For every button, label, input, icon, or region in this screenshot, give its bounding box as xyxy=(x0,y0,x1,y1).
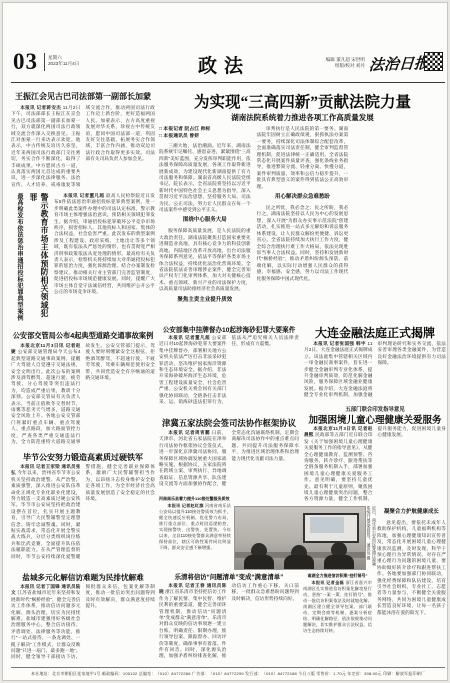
jinji-story-byline: 本报讯 记者周宵鹏 xyxy=(168,430,212,435)
wang-story-byline: 本报讯 记者蒋安杰 xyxy=(20,105,63,110)
bijie-story-text: 今年以来，贵州省毕节市公安机关坚持政治建警、从严治警、素质强警，深入推进公安队伍… xyxy=(11,464,155,559)
page-number: 03 xyxy=(13,49,38,75)
wang-story-text: 11月2日下午，司法部部长王振江在京会见古巴司法部第一副部长加蒙一行，双方就深化… xyxy=(11,105,155,187)
bijie-story-headline: 毕节公安努力锻造高素质过硬铁军 xyxy=(11,452,155,463)
main-story-para-3: 审判执行是人民法院的第一要务。湖南法院牢固树立正确政绩观，狠抓执法办案第一要务，… xyxy=(257,126,349,190)
nanhu-story-byline: 本报讯 记者金磊 xyxy=(311,580,345,585)
nanhu-story-text: 浙江省嘉兴市南湖区扎实推进信访积案化解攻坚行动，坚持“一案一策、挂钉销号”，推动… xyxy=(303,580,372,633)
main-story-subhead-2: 聚焦主责主业提升质效 xyxy=(159,297,251,304)
header-divider xyxy=(44,53,45,71)
date: 2023年11月4日 xyxy=(48,61,108,67)
credit-line-2: 组版/校对 刘丹 xyxy=(303,63,365,69)
haisha-story-byline: 本报讯 记者董凡超 xyxy=(168,335,212,340)
photo-person-silhouette xyxy=(284,555,314,569)
main-story-subtitle: 湖南法院系统着力推进各项工作高质量发展 xyxy=(159,112,446,123)
nanle-story-byline: 本报讯 记者赵红旗 xyxy=(167,503,205,508)
haisha-story-headline: 公安部集中挂牌督办10起涉海砂犯罪大要案件 xyxy=(159,324,299,334)
bijie-story-body: 本报讯 记者王家梁 通讯员张弘 今年以来，贵州省毕节市公安机关坚持政治建警、从严… xyxy=(11,464,155,563)
main-story-para-1: 三湘大地，法治潮涌。近年来，湖南法院系统牢记嘱托、感恩奋进，紧紧围绕“三高四新”… xyxy=(159,143,251,213)
news-photo xyxy=(234,506,366,570)
main-story-headline: 为实现“三高四新”贡献法院力量 xyxy=(159,90,446,112)
newspaper-page: { "header": { "page_number": "03", "week… xyxy=(0,0,450,683)
date-block: 星期六 2023年11月4日 xyxy=(48,55,108,67)
kunjing-story-headline: 加强困境儿童心理健康关爱服务 xyxy=(304,412,446,426)
photo-caption: 近日，南乐县公安局民警通过视频系统开展巡查督导。 通讯员 摄 xyxy=(366,506,377,568)
dalian-story-body: 本报讯 记者张国强 韩宇 11月2日，大连金融法庭正式揭牌成立。该法庭集中管辖相… xyxy=(304,341,446,403)
qr-code-icon xyxy=(424,52,443,71)
dalian-story-byline: 本报讯 记者张国强 韩宇 xyxy=(313,341,367,346)
kunjing-story-body-top: 本报北京11月3日讯 记者赵晨熙 民政部等五部门近日联合印发《关于加强困境儿童心… xyxy=(304,426,446,503)
jingshi-story-byline: 本报讯 记者董凡超 xyxy=(63,193,106,198)
section-title: 政法 xyxy=(198,51,250,78)
jingshi-story: 最高检发布依法惩治串通招投标犯罪典型案例 警示教育市场主体预防相关领域犯罪 本报… xyxy=(11,193,155,325)
main-story-body: □ 本报记者 阮占江 帅标 □ 本报通讯员 曾妍 三湘大地，法治潮涌。近年来，湖… xyxy=(159,126,446,319)
yancheng-story-headline: 盐城多元化解信访难题为民排忧解难 xyxy=(11,572,155,583)
nanle-story-body: 本报讯 记者赵红旗 河南省南乐县公安局以提升110接处警质效为抓手，健全快速反应… xyxy=(159,503,231,568)
photo-screen-content xyxy=(310,517,344,533)
main-story-subhead-1: 围绕中心服务大局 xyxy=(159,217,251,224)
footer-imprint: 本社地址：北京市朝阳区花家地甲1号 邮政编码：100102 总编室：（010）8… xyxy=(11,671,445,677)
jingshi-story-headline: 警示教育市场主体预防相关领域犯罪 xyxy=(24,193,50,325)
footer-rule xyxy=(11,667,445,668)
yueqing-story-headline: 乐清将信访“问题清单”变成“满意清单” xyxy=(159,572,299,581)
jingshi-story-text: 最高人民检察院近日发布5件依法惩治串通招投标犯罪典型案例，进一步明确此类案件办理… xyxy=(54,193,155,294)
wang-story-body: 本报讯 记者蒋安杰 11月2日下午，司法部部长王振江在京会见古巴司法部第一副部长… xyxy=(11,105,155,193)
page-header: 03 星期六 2023年11月4日 政法 编辑 董凡超 宋世明 组版/校对 刘丹… xyxy=(13,49,443,79)
jiaoguan-story-headline: 公安部交管局公布4起典型道路交通事故案例 xyxy=(11,331,155,341)
main-story-byline-2: □ 本报通讯员 曾妍 xyxy=(159,133,251,140)
main-story-para-2: 服务保障高质量发展，是人民法院的重大政治责任。湖南法院聚焦打造国家重要先进制造业… xyxy=(159,228,251,292)
main-story-byline-1: □ 本报记者 阮占江 帅标 xyxy=(159,126,251,133)
kunjing-story-subhead: 凝聚合力护航健康成长 xyxy=(377,509,446,516)
dalian-story-headline: 大连金融法庭正式揭牌 xyxy=(304,324,446,341)
jinji-story-body: 本报讯 记者周宵鹏 日前，天津市、河北省五家法院在津举行司法协作框架协议会签仪式… xyxy=(159,430,299,492)
haisha-story-body: 本报讯 记者董凡超 公安部近日对10起涉海砂犯罪大要案件集中挂牌督办，部署相关地… xyxy=(159,335,299,413)
kunjing-story-text-a: 民政部等五部门近日联合印发《关于加强困境儿童心理健康关爱服务工作的指导意见》，从… xyxy=(304,426,446,501)
page-surface: 03 星期六 2023年11月4日 政法 编辑 董凡超 宋世明 组版/校对 刘丹… xyxy=(2,2,448,681)
editor-credits: 编辑 董凡超 宋世明 组版/校对 刘丹 xyxy=(303,57,365,69)
header-rule xyxy=(11,82,445,83)
haisha-story-text: 公安部近日对10起涉海砂犯罪大要案件集中挂牌督办，部署相关地方公安机关依法严厉打… xyxy=(159,335,299,404)
photo-person-silhouette xyxy=(324,555,354,569)
wang-story-headline: 王振江会见古巴司法部第一副部长加蒙 xyxy=(11,91,155,102)
kunjing-story-text-b: 意见提出，要依托未成年人救助保护机构、儿童福利机构等阵地，加强心理健康知识宣传普… xyxy=(377,520,446,616)
nanhu-story-headline: 南湖全力推进信访积案“挂钉销号” xyxy=(303,573,372,579)
dalian-story-text: 11月2日，大连金融法庭正式揭牌成立。该法庭集中管辖相关区域内一审金融民商事案件… xyxy=(304,341,446,397)
jiaoguan-story-body: 本报北京11月3日讯 记者赵婕 公安部交通管理局今天公布4起典型道路交通事故案例… xyxy=(11,343,155,447)
yueqing-story-text: 浙江省乐清市坚持把信访工作作为了解民情、集中民智、维护民利的重要渠道，健全完善闭… xyxy=(159,583,299,658)
main-story-para-4: 民之所忧，我必念之；民之所盼，我必行之。湖南法院坚持以人民为中心的发展思想，深入… xyxy=(257,205,349,282)
masthead-logo: 法治日报 xyxy=(368,52,429,75)
yancheng-story-body: 本报讯 记者丁国锋 通讯员陆文 江苏省盐城市近年来坚持和发展新时代“枫桥经验”，… xyxy=(11,584,155,663)
yueqing-story-body: 本报讯 记者王春 通讯员陈晓 浙江省乐清市坚持把信访工作作为了解民情、集中民智、… xyxy=(159,583,299,663)
kunjing-story-body-bottom: 凝聚合力护航健康成长 意见提出，要依托未成年人救助保护机构、儿童福利机构等阵地，… xyxy=(377,505,446,663)
main-story-subhead-3: 用心解决群众急难愁盼 xyxy=(257,194,349,201)
jingshi-story-kicker: 最高检发布依法惩治串通招投标犯罪典型案例 xyxy=(11,193,24,325)
yancheng-story-text: 江苏省盐城市近年来坚持和发展新时代“枫桥经验”，健全完善信访工作体系，推动信访问… xyxy=(11,584,155,659)
jinji-story-headline: 津冀五家法院会签司法协作框架协议 xyxy=(159,417,299,429)
nanle-story-headline: 河南南乐县着力提升110接处警服务质效 xyxy=(159,496,233,502)
jingshi-story-body: 本报讯 记者董凡超 最高人民检察院近日发布5件依法惩治串通招投标犯罪典型案例，进… xyxy=(54,193,155,325)
nanhu-story-body: 本报讯 记者金磊 浙江省嘉兴市南湖区扎实推进信访积案化解攻坚行动，坚持“一案一策… xyxy=(303,580,372,663)
jinji-story-text: 日前，天津市、河北省五家法院在津举行司法协作框架协议会签仪式，进一步深化京津冀司… xyxy=(159,430,299,486)
jiaoguan-story-text: 公安部交通管理局今天公布4起典型道路交通事故案例，提醒广大驾驶人自觉遵守交通法规… xyxy=(11,343,155,444)
nanle-story-text: 河南省南乐县公安局以提升110接处警质效为抓手，健全快速反应机制，优化警力布局，… xyxy=(159,503,231,550)
photo-person-silhouette xyxy=(244,555,274,569)
